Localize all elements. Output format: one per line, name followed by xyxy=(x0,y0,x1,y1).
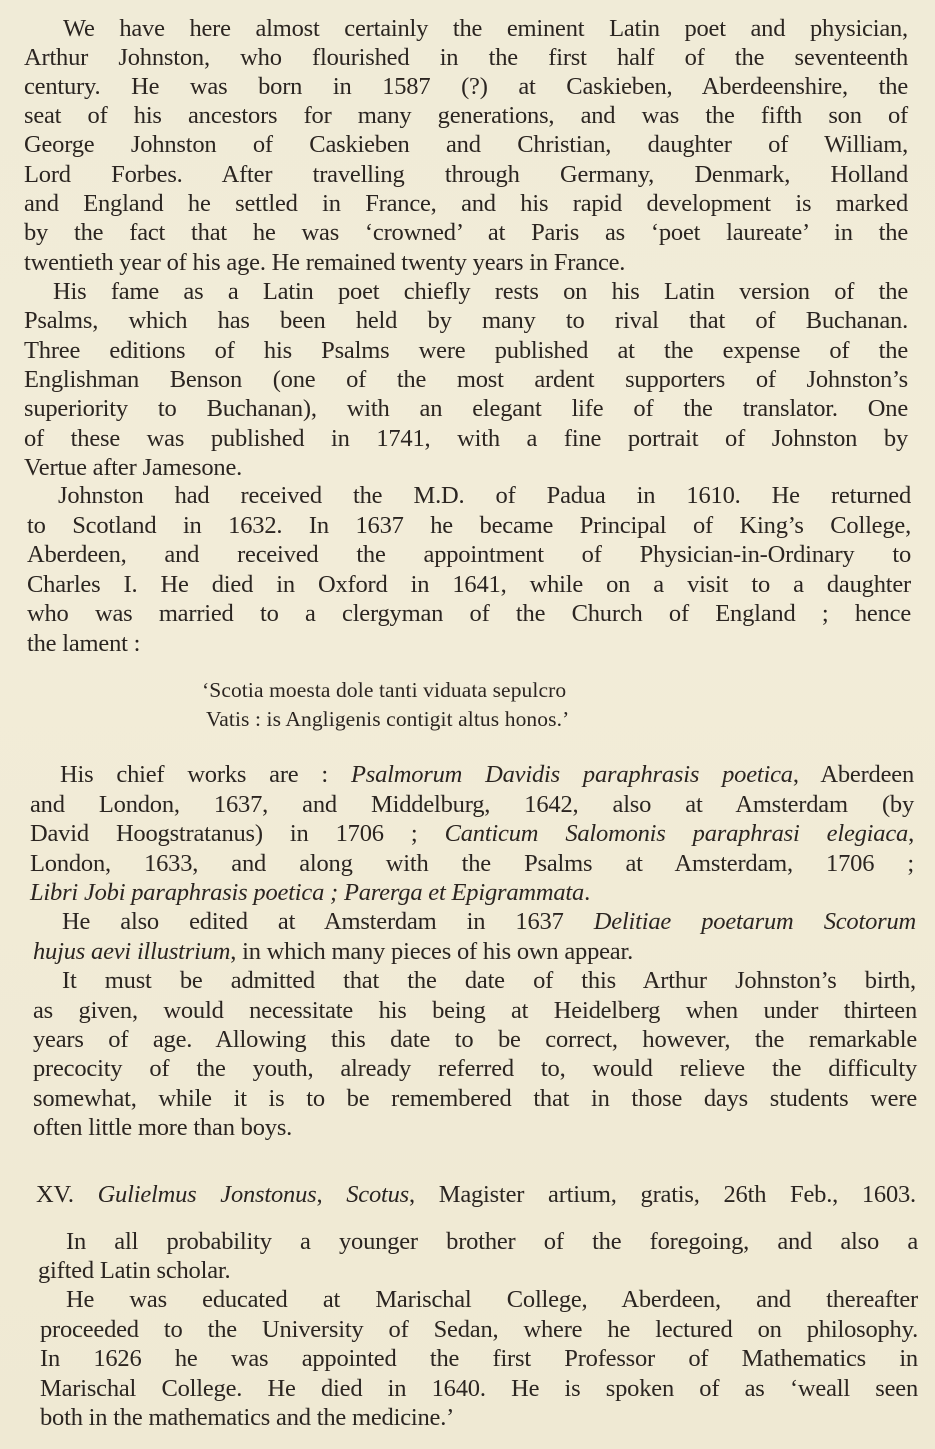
text-line: by the fact that he was ‘crowned’ at Par… xyxy=(24,218,908,247)
text-line: George Johnston of Caskieben and Christi… xyxy=(24,130,908,159)
text-run: He also edited at Amsterdam in 1637 xyxy=(62,908,594,935)
work-title: Canticum Salomonis paraphrasi elegiaca xyxy=(445,820,908,847)
text-line: Aberdeen, and received the appointment o… xyxy=(27,540,911,569)
text-line: and London, 1637, and Middelburg, 1642, … xyxy=(30,790,914,819)
text-line: years of age. Allowing this date to be c… xyxy=(33,1025,917,1054)
text-run: , Aberdeen xyxy=(793,761,914,788)
text-line: proceeded to the University of Sedan, wh… xyxy=(40,1315,918,1344)
text-line: somewhat, while it is to be remembered t… xyxy=(33,1084,917,1113)
text-line: to Scotland in 1632. In 1637 he became P… xyxy=(27,511,911,540)
text-line: Lord Forbes. After travelling through Ge… xyxy=(24,160,908,189)
text-run: His chief works are : xyxy=(60,761,351,788)
text-run: , xyxy=(317,1181,347,1208)
text-line: and England he settled in France, and hi… xyxy=(24,189,908,218)
text-line: David Hoogstratanus) in 1706 ; Canticum … xyxy=(30,819,914,848)
text-line: seat of his ancestors for many generatio… xyxy=(24,101,908,130)
text-line: as given, would necessitate his being at… xyxy=(33,996,917,1025)
text-line: It must be admitted that the date of thi… xyxy=(62,966,916,995)
text-line: who was married to a clergyman of the Ch… xyxy=(27,599,911,628)
text-line: He also edited at Amsterdam in 1637 Deli… xyxy=(62,907,916,936)
text-line: Marischal College. He died in 1640. He i… xyxy=(40,1374,918,1403)
text-line: Three editions of his Psalms were publis… xyxy=(24,336,908,365)
entry-origin: Scotus xyxy=(346,1181,409,1208)
text-line: Vertue after Jamesone. xyxy=(24,453,908,482)
work-title: Psalmorum Davidis paraphrasis poetica xyxy=(351,761,793,788)
book-page: We have here almost certainly the eminen… xyxy=(0,0,935,1449)
entry-heading: XV. Gulielmus Jonstonus, Scotus, Magiste… xyxy=(36,1180,916,1209)
text-line: Englishman Benson (one of the most arden… xyxy=(24,365,908,394)
text-line: His chief works are : Psalmorum Davidis … xyxy=(60,760,914,789)
text-line: London, 1633, and along with the Psalms … xyxy=(30,849,914,878)
work-title: Delitiae poetarum Scotorum xyxy=(594,908,916,935)
text-line: both in the mathematics and the medicine… xyxy=(40,1403,918,1432)
entry-details: , Magister artium, gratis, 26th Feb., 16… xyxy=(409,1181,916,1208)
text-line: of these was published in 1741, with a f… xyxy=(24,424,908,453)
text-run: , xyxy=(908,820,914,847)
text-line: the lament : xyxy=(27,629,911,658)
text-line: His fame as a Latin poet chiefly rests o… xyxy=(53,277,908,306)
text-line: Psalms, which has been held by many to r… xyxy=(24,306,908,335)
text-line: often little more than boys. xyxy=(33,1113,917,1142)
verse-line: Vatis : is Angligenis contigit altus hon… xyxy=(206,705,569,734)
text-line: Johnston had received the M.D. of Padua … xyxy=(58,481,911,510)
text-line: In all probability a younger brother of … xyxy=(66,1227,918,1256)
text-line: We have here almost certainly the eminen… xyxy=(63,14,908,43)
text-line: In 1626 he was appointed the first Profe… xyxy=(40,1344,918,1373)
text-line: twentieth year of his age. He remained t… xyxy=(24,248,908,277)
verse-line: ‘Scotia moesta dole tanti viduata sepulc… xyxy=(202,676,566,705)
work-title: hujus aevi illustrium xyxy=(33,938,230,965)
entry-name: Gulielmus Jonstonus xyxy=(98,1181,317,1208)
text-run: David Hoogstratanus) in 1706 ; xyxy=(30,820,445,847)
text-line: hujus aevi illustrium, in which many pie… xyxy=(33,937,917,966)
text-line: century. He was born in 1587 (?) at Cask… xyxy=(24,72,908,101)
text-line: precocity of the youth, already referred… xyxy=(33,1054,917,1083)
text-line: Arthur Johnston, who flourished in the f… xyxy=(24,43,908,72)
text-line: Charles I. He died in Oxford in 1641, wh… xyxy=(27,570,911,599)
text-line: Libri Jobi paraphrasis poetica ; Parerga… xyxy=(30,878,914,907)
entry-numeral: XV. xyxy=(36,1181,98,1208)
text-line: superiority to Buchanan), with an elegan… xyxy=(24,394,908,423)
text-line: gifted Latin scholar. xyxy=(38,1256,918,1285)
text-run: , in which many pieces of his own appear… xyxy=(230,938,633,965)
text-line: He was educated at Marischal College, Ab… xyxy=(66,1285,918,1314)
text-run: . xyxy=(584,879,590,906)
work-title: Libri Jobi paraphrasis poetica ; Parerga… xyxy=(30,879,584,906)
